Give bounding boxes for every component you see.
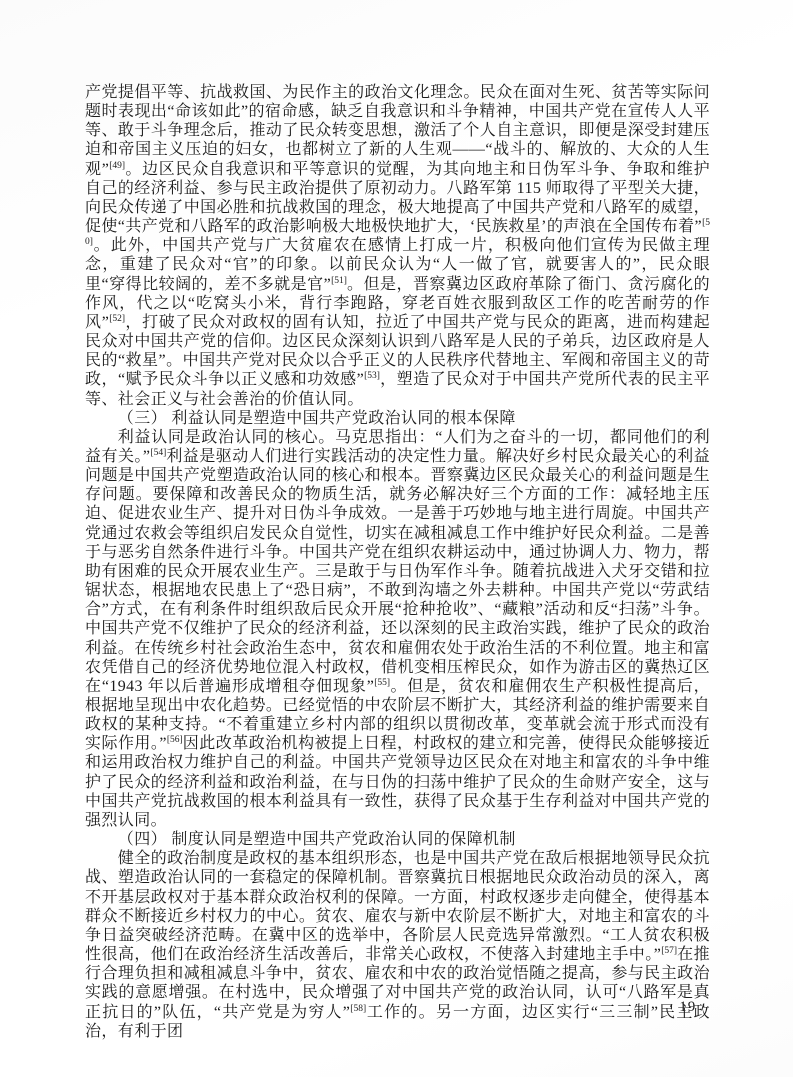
citation-ref: [55] <box>374 678 390 688</box>
citation-ref: [52] <box>109 314 125 324</box>
paragraph: 利益认同是政治认同的核心。马克思指出：“人们为之奋斗的一切，都同他们的利益有关。… <box>85 428 710 830</box>
section-heading: （三） 利益认同是塑造中国共产党政治认同的根本保障 <box>85 409 710 428</box>
citation-ref: [53] <box>364 371 380 381</box>
section-heading: （四） 制度认同是塑造中国共产党政治认同的保障机制 <box>85 830 710 849</box>
article-body: 产党提倡平等、抗战救国、为民作主的政治文化理念。民众在面对生死、贫苦等实际问题时… <box>85 83 710 1041</box>
citation-ref: [49] <box>109 161 125 171</box>
paragraph: 健全的政治制度是政权的基本组织形态，也是中国共产党在敌后根据地领导民众抗战、塑造… <box>85 849 710 1041</box>
citation-ref: [58] <box>350 1004 366 1014</box>
paragraph: 产党提倡平等、抗战救国、为民作主的政治文化理念。民众在面对生死、贫苦等实际问题时… <box>85 83 710 409</box>
citation-ref: [56] <box>167 735 183 745</box>
page-number: · 19 · <box>669 999 708 1016</box>
citation-ref: [57] <box>661 946 677 956</box>
citation-ref: [51] <box>331 276 347 286</box>
citation-ref: [54] <box>150 448 166 458</box>
